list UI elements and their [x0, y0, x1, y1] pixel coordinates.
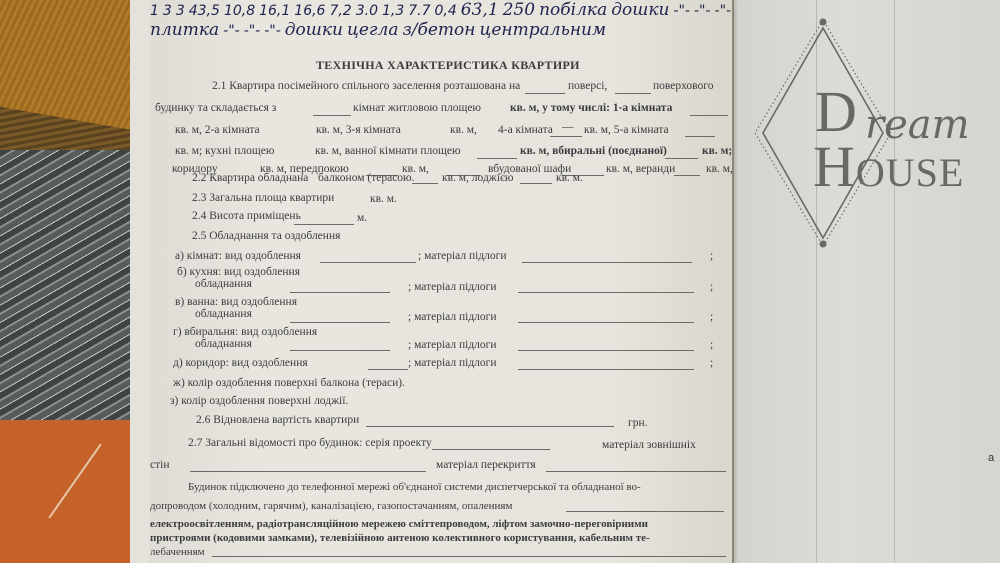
finish-row-floor-label: ; матеріал підлоги	[408, 281, 497, 293]
finish-row-finish: -"-	[264, 23, 281, 39]
finish-row-sub: обладнання	[195, 338, 252, 350]
document-page: ТЕХНІЧНА ХАРАКТЕРИСТИКА КВАРТИРИ 2.1 Ква…	[150, 0, 734, 563]
room2-value: 16,1	[259, 3, 290, 19]
corridor-value: 7.7	[408, 3, 430, 19]
finish-row-finish: -"-	[715, 3, 732, 19]
finish-row-sub: обладнання	[195, 278, 252, 290]
stray-text: а	[988, 452, 994, 464]
finish-row-label: г) вбиральня: вид оздоблення	[173, 326, 317, 338]
finish-row-finish: -"-	[223, 23, 240, 39]
finish-row-label: д) коридор: вид оздоблення	[173, 357, 308, 369]
s21-text: кв. м, 2-а кімната	[175, 124, 260, 136]
building-text: Будинок підключено до телефонної мережі …	[188, 481, 641, 493]
s27-text: матеріал перекриття	[436, 459, 536, 471]
logo-word-house: HOUSE	[813, 133, 964, 200]
s22-text: балконом (терасою.	[318, 172, 415, 184]
height-value: 250	[503, 0, 535, 20]
s21-text: кв. м, 5-а кімната	[584, 124, 669, 136]
finish-row-label: б) кухня: вид оздоблення	[177, 266, 300, 278]
s21-text: кв. м,	[706, 163, 733, 175]
toilet-value: 1,3	[382, 3, 404, 19]
total-area-value: 63,1	[461, 0, 499, 20]
s21-text: кв. м, у тому числі: 1-а кімната	[510, 102, 672, 114]
finish-row-sub: обладнання	[195, 308, 252, 320]
s27-text: матеріал зовнішніх	[602, 439, 696, 451]
dream-house-logo: D ream HOUSE	[755, 18, 970, 248]
finish-row-label: в) ванна: вид оздоблення	[175, 296, 297, 308]
s21-text: 4-а кімната	[498, 124, 553, 136]
room1-value: 10,8	[224, 3, 255, 19]
finish-row-label: а) кімнат: вид оздоблення	[175, 250, 301, 262]
building-text: лебаченням	[150, 546, 205, 558]
finish-row-floor-label: ; матеріал підлоги	[408, 339, 497, 351]
finish-row-floor: плитка	[150, 20, 219, 40]
cost-unit: грн.	[628, 417, 648, 429]
floor-value: 1	[150, 3, 159, 19]
rooms-value: 3	[176, 3, 185, 19]
height-unit: м.	[357, 212, 367, 224]
document-title: ТЕХНІЧНА ХАРАКТЕРИСТИКА КВАРТИРИ	[316, 58, 580, 73]
room4-value: —	[562, 121, 574, 133]
walls-value: цегла	[347, 20, 398, 40]
finish-row-floor-label: ; матеріал підлоги	[408, 357, 497, 369]
bathroom-value: 3.0	[356, 3, 378, 19]
finish-row-floor-label: ; матеріал підлоги	[408, 311, 497, 323]
s21-text: кв. м; кухні площею	[175, 145, 274, 157]
total-area-unit: кв. м.	[370, 193, 397, 205]
s21-text: кв. м;	[702, 145, 732, 157]
kitchen-value: 7,2	[329, 3, 351, 19]
s21-text: кв. м, 3-я кімната	[316, 124, 401, 136]
s21-text: кв. м, ванної кімнати площею	[315, 145, 461, 157]
s27-text: 2.7 Загальні відомості про будинок: сері…	[188, 437, 432, 449]
s27-text: стін	[150, 459, 169, 471]
logo-letter-h: H	[813, 134, 856, 199]
s21-text: поверхового	[653, 80, 713, 92]
closet-value: 0,4	[435, 3, 457, 19]
heating-value: центральним	[479, 20, 606, 40]
loggia-color-label: з) колір оздоблення поверхні лоджії.	[170, 395, 348, 407]
building-text: допроводом (холодним, гарячим), каналіза…	[150, 500, 512, 512]
s21-text: кв. м,	[450, 124, 477, 136]
s21-text: поверсі,	[568, 80, 607, 92]
finish-row-floor: дошки	[285, 20, 343, 40]
floors-total-value: 3	[163, 3, 172, 19]
s21-text: кімнат житловою площею	[353, 102, 481, 114]
finish-row-floor: -"-	[694, 3, 711, 19]
s21-text: кв. м, вбиральні (поєднаної)	[520, 145, 667, 157]
s21-text: 2.1 Квартира посімейного спільного засел…	[212, 80, 520, 92]
s22-text: кв. м, лоджією	[442, 172, 513, 184]
logo-house-rest: OUSE	[856, 150, 964, 195]
finish-row-finish: побілка	[539, 0, 607, 20]
s21-text: будинку та складається з	[155, 102, 276, 114]
ceiling-value: з/бетон	[402, 20, 475, 40]
s22-text: кв. м.	[556, 172, 583, 184]
building-text: пристроями (кодовими замками), телевізій…	[150, 532, 650, 544]
cost-label: 2.6 Відновлена вартість квартири	[196, 414, 359, 426]
background-table-surface	[0, 420, 140, 563]
finishing-label: 2.5 Обладнання та оздоблення	[192, 230, 340, 242]
finish-row-floor-label: ; матеріал підлоги	[418, 250, 507, 262]
living-area-value: 43,5	[189, 3, 220, 19]
background-cloth-grey	[0, 150, 140, 450]
s21-text: кв. м, веранди	[606, 163, 675, 175]
finish-row-floor: дошки	[611, 0, 669, 20]
room3-value: 16,6	[294, 3, 325, 19]
finish-row-floor: -"-	[244, 23, 261, 39]
balcony-color-label: ж) колір оздоблення поверхні балкона (те…	[173, 377, 405, 389]
s22-text: 2.2 Квартира обладнана	[192, 172, 308, 184]
height-label: 2.4 Висота приміщень	[192, 210, 301, 222]
building-text: електроосвітленням, радіотрансляційною м…	[150, 518, 648, 530]
total-area-label: 2.3 Загальна площа квартири	[192, 192, 334, 204]
finish-row-finish: -"-	[673, 3, 690, 19]
